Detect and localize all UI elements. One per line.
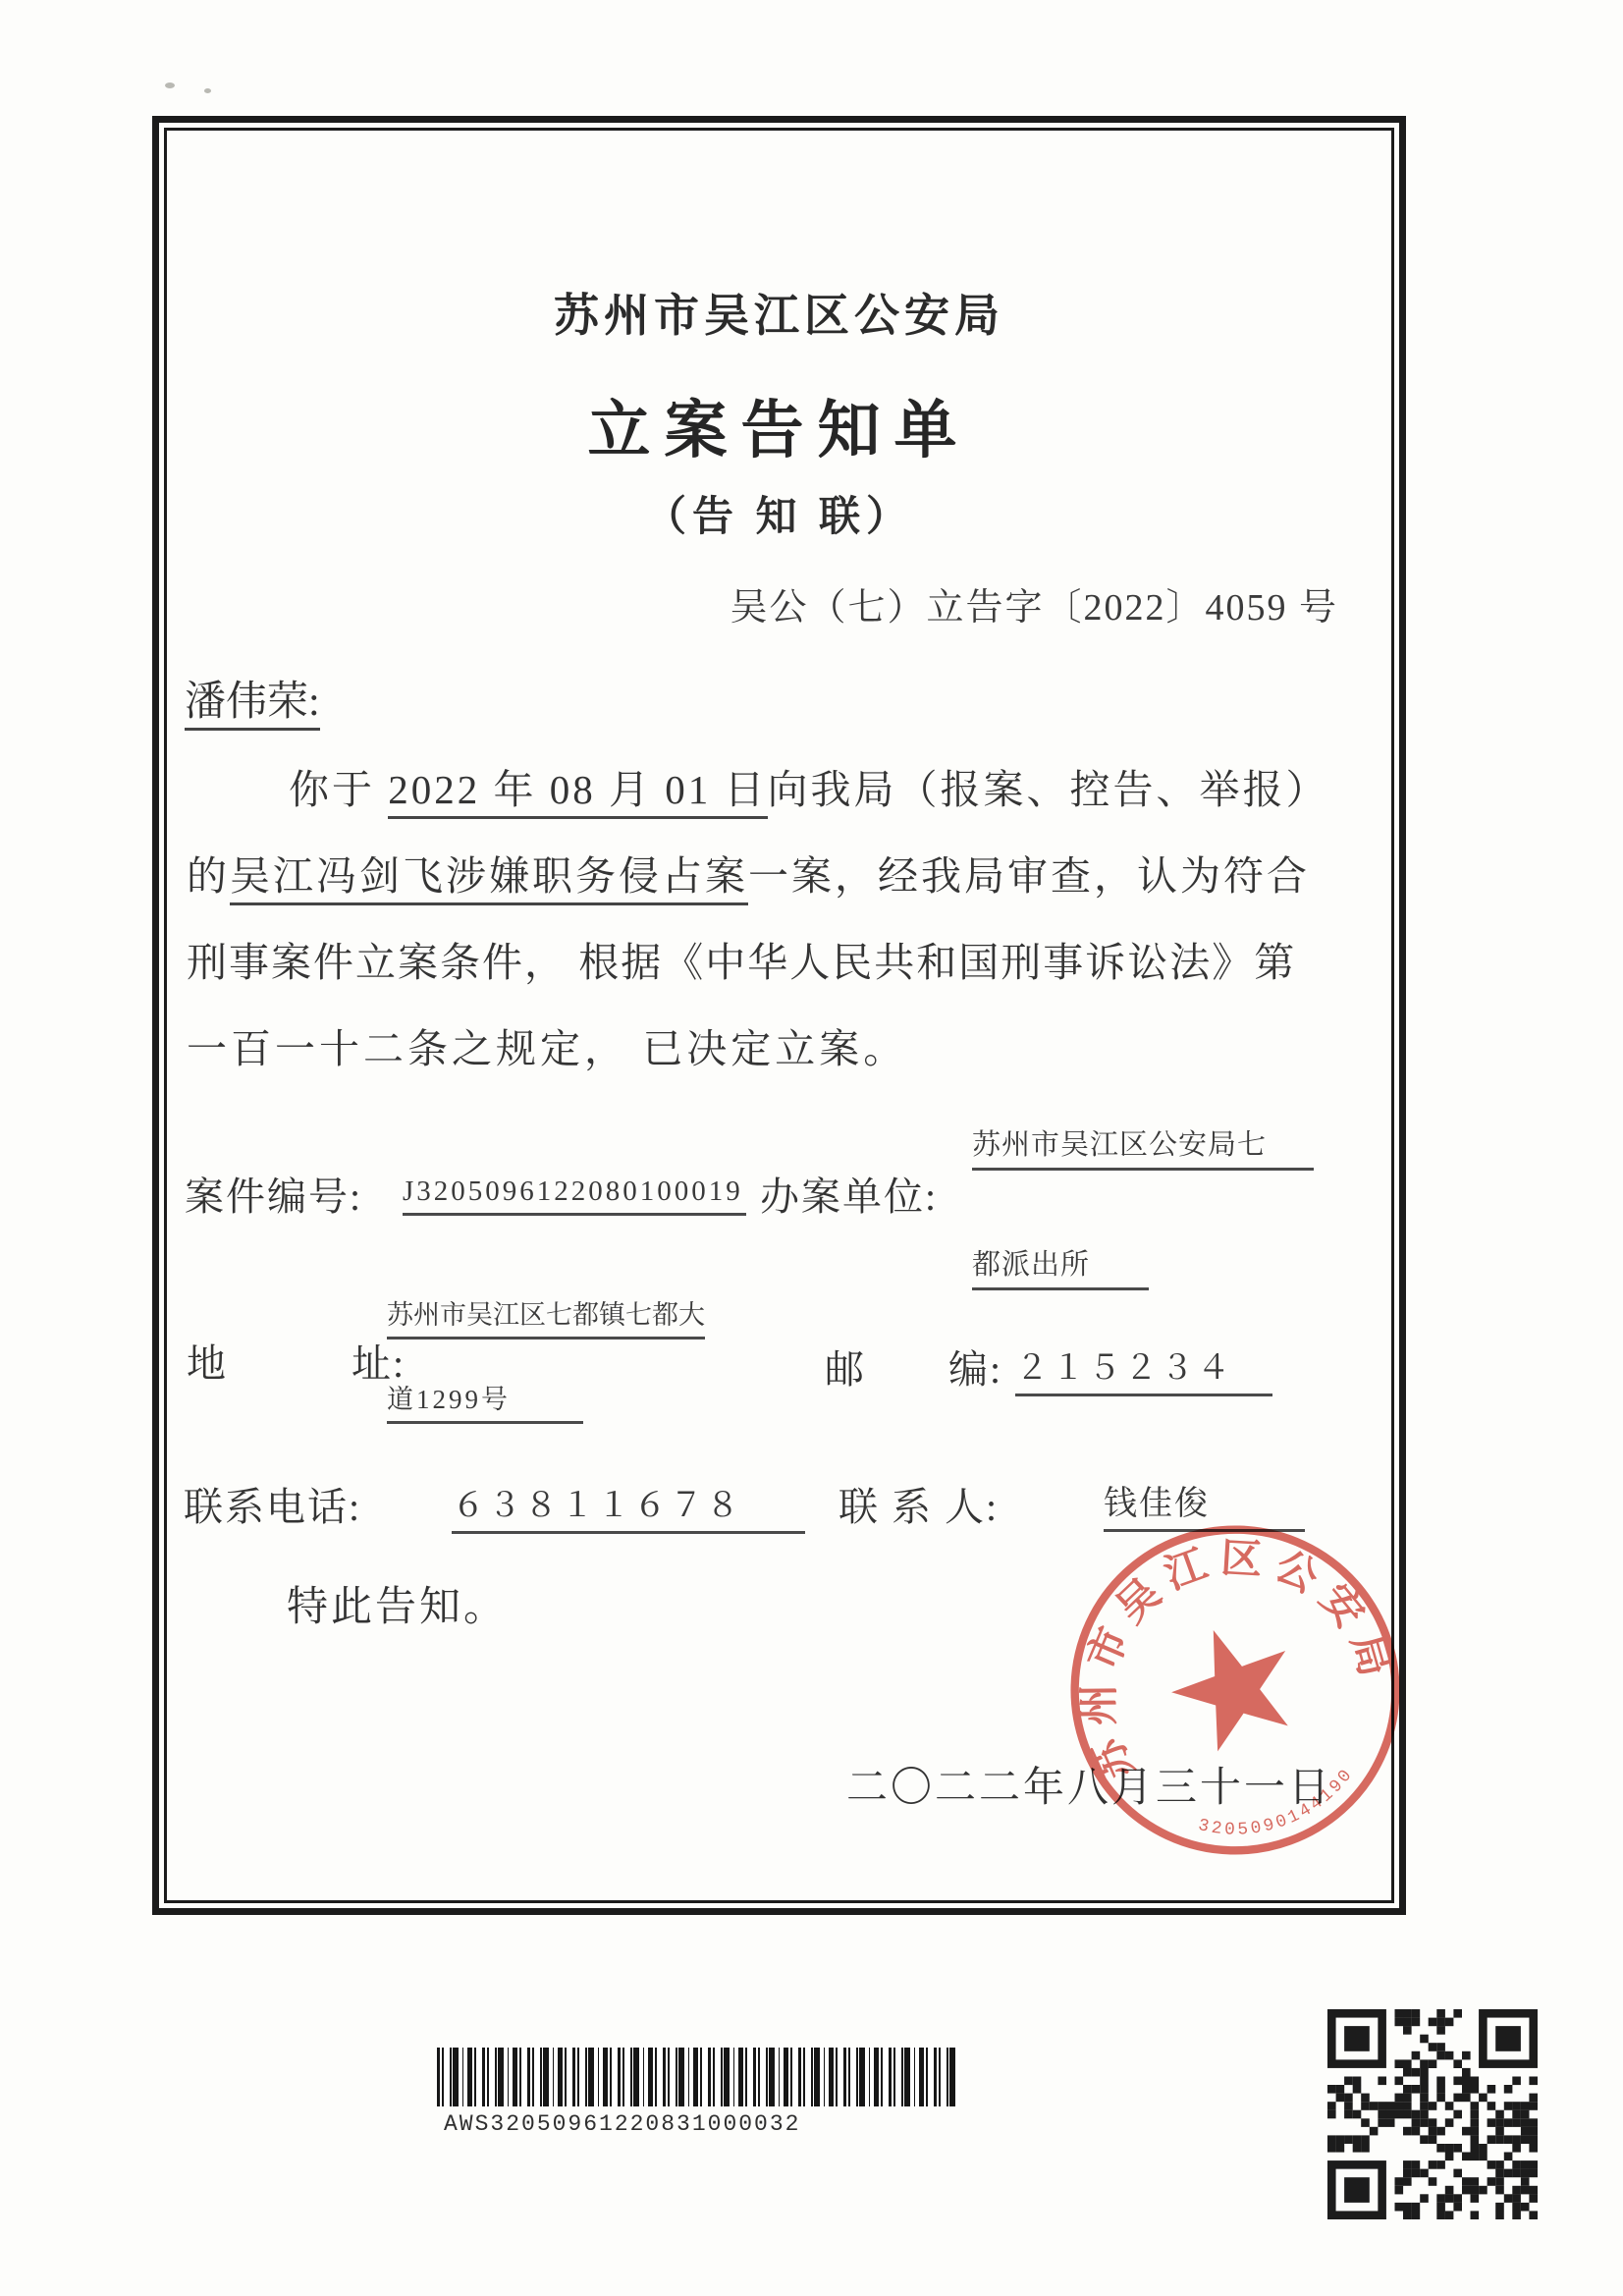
- body-line-2: 的吴江冯剑飞涉嫌职务侵占案一案，经我局审查，认为符合: [187, 844, 1376, 902]
- document-title: 立案告知单: [159, 380, 1399, 470]
- body-line-4: 一百一十二条之规定， 已决定立案。: [187, 1016, 1376, 1074]
- case-number-value: J3205096122080100019: [403, 1175, 746, 1216]
- phone-label: 联系电话:: [184, 1476, 361, 1532]
- addressee-name: 潘伟荣:: [185, 680, 320, 731]
- unit-label: 办案单位:: [760, 1166, 938, 1222]
- unit-value-line2: 都派出所: [972, 1242, 1149, 1290]
- scanned-document-page: 苏州市吴江区公安局 立案告知单 （告 知 联） 吴公（七）立告字〔2022〕40…: [0, 0, 1623, 2296]
- barcode-text: AWS32050961220831000032: [444, 2111, 800, 2137]
- phone-value: ６３８１１６７８: [452, 1478, 805, 1534]
- address-label: 地 址:: [187, 1333, 406, 1389]
- seal-star-icon: [1157, 1610, 1310, 1760]
- copy-label: （告 知 联）: [159, 484, 1399, 543]
- address-value-line1: 苏州市吴江区七都镇七都大: [387, 1293, 705, 1339]
- report-date-underlined: 2022 年 08 月 01 日: [388, 767, 767, 819]
- zip-value: ２１５２３４: [1015, 1340, 1272, 1396]
- contact-label: 联 系 人:: [839, 1476, 999, 1532]
- unit-value-line1: 苏州市吴江区公安局七: [972, 1122, 1314, 1171]
- issuing-authority: 苏州市吴江区公安局: [159, 280, 1399, 345]
- body-line-1: 你于 2022 年 08 月 01 日向我局（报案、控告、举报）: [187, 757, 1376, 815]
- scan-speck: [204, 88, 211, 93]
- document-number: 吴公（七）立告字〔2022〕4059 号: [730, 576, 1338, 630]
- closing-phrase: 特此告知。: [287, 1574, 508, 1633]
- document-border-frame: 苏州市吴江区公安局 立案告知单 （告 知 联） 吴公（七）立告字〔2022〕40…: [152, 116, 1406, 1915]
- zip-label: 邮 编:: [825, 1339, 1002, 1394]
- case-number-label: 案件编号:: [185, 1166, 362, 1222]
- address-value-line2: 道1299号: [387, 1378, 583, 1424]
- body-line-3: 刑事案件立案条件， 根据《中华人民共和国刑事诉讼法》第: [187, 930, 1376, 988]
- barcode: [437, 2048, 959, 2106]
- qr-code: [1327, 2009, 1538, 2219]
- addressee: 潘伟荣:: [185, 669, 320, 728]
- case-name-underlined: 吴江冯剑飞涉嫌职务侵占案: [230, 853, 748, 905]
- scan-speck: [165, 82, 175, 88]
